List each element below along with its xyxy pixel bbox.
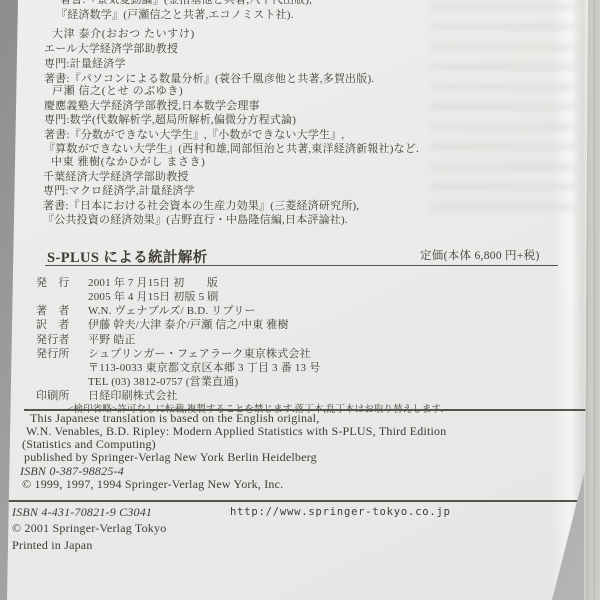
author-works-line: 著書:『日本における社会資本の生産力効果』(三菱経済研究所), [43, 199, 359, 214]
colophon-row: 〒113-0033 東京都文京区本郷 3 丁目 3 番 13 号 [36, 359, 443, 373]
colophon-row: 訳 者伊藤 幹夫/大津 泰介/戸瀬 信之/中東 雅樹 [36, 316, 443, 330]
colophon-row: 発 行2001 年 7 月15日 初 版 [36, 274, 443, 288]
author-works-line: 著書:『分数ができない大学生』,『小数ができない大学生』, [44, 128, 419, 143]
colophon-row: 発行者平野 皓正 [36, 331, 443, 345]
author-bio-nakahigashi: 中東 雅樹(なかひがし まさき) 千葉経済大学経済学部助教授 専門:マクロ経済学… [43, 155, 359, 228]
author-bio-tose: 戸瀬 信之(とせ のぶゆき) 慶應義塾大学経済学部教授,日本数学会理事 専門:数… [44, 84, 419, 157]
colophon-row: 著 者W.N. ヴェナブルズ/ B.D. リプリー [36, 302, 443, 316]
book-title: S-PLUS による統計解析 [47, 246, 208, 267]
price-label: 定価(本体 6,800 円+税) [420, 247, 540, 263]
author-affiliation-line: エール大学経済学部助教授 [44, 42, 374, 57]
footer-block: ISBN 4-431-70821-9 C3041 © 2001 Springer… [12, 504, 166, 553]
author-name-line: 大津 泰介(おおつ たいすけ) [52, 27, 374, 42]
page-showthrough [430, 4, 575, 219]
top-author-works-block: 著書:『景気変動論』(金指基他と共著,八千代出版), 『経済数学』(戸瀬信之と共… [56, 0, 312, 22]
author-name-line: 中東 雅樹(なかひがし まさき) [51, 155, 359, 170]
colophon-row: 印刷所日経印刷株式会社 [36, 387, 443, 401]
colophon-value: シュプリンガー・フェアラーク東京株式会社 [88, 348, 311, 360]
author-affiliation-line: 千葉経済大学経済学部助教授 [43, 170, 359, 185]
colophon-value: 伊藤 幹夫/大津 泰介/戸瀬 信之/中東 雅樹 [88, 319, 289, 331]
english-note-line: published by Springer-Verlag New York Be… [24, 451, 446, 464]
works-line: 『経済数学』(戸瀬信之と共著,エコノミスト社). [56, 8, 312, 23]
original-copyright-line: © 1999, 1997, 1994 Springer-Verlag New Y… [22, 478, 446, 491]
colophon-row: TEL (03) 3812-0757 (営業直通) [36, 373, 443, 387]
original-isbn-line: ISBN 0-387-98825-4 [20, 465, 446, 478]
colophon-row: 2005 年 4 月15日 初版 5 刷 [36, 288, 443, 302]
author-specialty-line: 専門:マクロ経済学,計量経済学 [43, 184, 359, 199]
publisher-url: http://www.springer-tokyo.co.jp [230, 506, 451, 518]
book-page: 著書:『景気変動論』(金指基他と共著,八千代出版), 『経済数学』(戸瀬信之と共… [0, 0, 600, 600]
author-specialty-line: 専門:計量経済学 [44, 57, 374, 72]
colophon-row: 発行所シュプリンガー・フェアラーク東京株式会社 [36, 345, 443, 359]
photo-background: 著書:『景気変動論』(金指基他と共著,八千代出版), 『経済数学』(戸瀬信之と共… [0, 0, 600, 600]
printed-in-japan-line: Printed in Japan [12, 537, 166, 553]
japanese-isbn-line: ISBN 4-431-70821-9 C3041 [12, 504, 166, 520]
publisher-copyright-line: © 2001 Springer-Verlag Tokyo [12, 520, 166, 536]
author-specialty-line: 専門:数学(代数解析学,超局所解析,偏微分方程式論) [44, 113, 419, 128]
english-original-note: This Japanese translation is based on th… [20, 412, 446, 491]
colophon-value: 平野 皓正 [88, 334, 136, 346]
colophon-block: 発 行2001 年 7 月15日 初 版 2005 年 4 月15日 初版 5 … [36, 274, 443, 415]
author-name-line: 戸瀬 信之(とせ のぶゆき) [52, 84, 419, 99]
section-divider-lower [4, 500, 580, 502]
author-bio-otsu: 大津 泰介(おおつ たいすけ) エール大学経済学部助教授 専門:計量経済学 著書… [44, 27, 374, 87]
author-affiliation-line: 慶應義塾大学経済学部教授,日本数学会理事 [44, 99, 419, 114]
title-divider [45, 265, 558, 266]
author-works-line: 『公共投資の経済効果』(吉野直行・中島隆信編,日本評論社). [43, 213, 359, 228]
works-line: 著書:『景気変動論』(金指基他と共著,八千代出版), [60, 0, 312, 8]
